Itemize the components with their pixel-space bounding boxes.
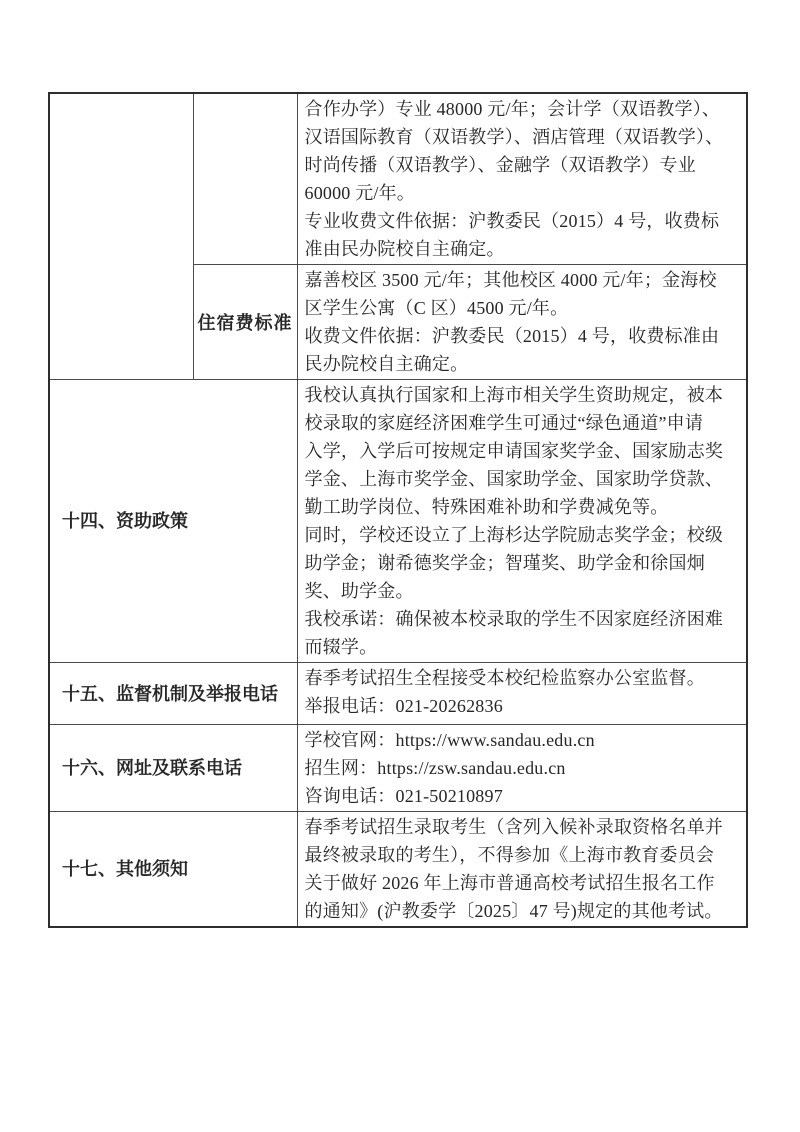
text-line: 春季考试招生全程接受本校纪检监察办公室监督。 [305,664,742,692]
text-line: 60000 元/年。 [305,179,742,207]
empty-label-cell [193,93,297,265]
text-line: 助学金；谢希德奖学金；智瑾奖、助学金和徐国炯 [305,549,742,577]
text-line: 举报电话：021-20262836 [305,692,742,720]
text-line: 勤工助学岗位、特殊困难补助和学费减免等。 [305,493,742,521]
text-line: 民办院校自主确定。 [305,350,742,378]
text-line: 咨询电话：021-50210897 [305,782,742,810]
row-website-contact-phone: 十六、网址及联系电话 学校官网：https://www.sandau.edu.c… [49,725,747,812]
empty-spanning-cell [49,93,193,380]
row-other-notes: 十七、其他须知 春季考试招生录取考生（含列入候补录取资格名单并最终被录取的考生）… [49,812,747,928]
text-line: 入学，入学后可按规定申请国家奖学金、国家励志奖 [305,437,742,465]
text-line: 嘉善校区 3500 元/年；其他校区 4000 元/年；金海校 [305,266,742,294]
row-content-accommodation: 嘉善校区 3500 元/年；其他校区 4000 元/年；金海校区学生公寓（C 区… [297,265,747,380]
row-label-other-notes: 十七、其他须知 [49,812,297,928]
text-line: 关于做好 2026 年上海市普通高校考试招生报名工作 [305,869,742,897]
row-label-funding-policy: 十四、资助政策 [49,380,297,663]
row-label-supervision: 十五、监督机制及举报电话 [49,663,297,725]
document-page: 合作办学）专业 48000 元/年；会计学（双语教学）、汉语国际教育（双语教学）… [0,0,800,1132]
text-line: 我校承诺：确保被本校录取的学生不因家庭经济困难 [305,605,742,633]
text-line: 校录取的家庭经济困难学生可通过“绿色通道”申请 [305,409,742,437]
text-line: 的通知》(沪教委学〔2025〕47 号)规定的其他考试。 [305,897,742,925]
row-supervision-report-phone: 十五、监督机制及举报电话 春季考试招生全程接受本校纪检监察办公室监督。举报电话：… [49,663,747,725]
text-line: 专业收费文件依据：沪教委民（2015）4 号，收费标 [305,207,742,235]
row-label-accommodation: 住宿费标准 [193,265,297,380]
row-content-supervision: 春季考试招生全程接受本校纪检监察办公室监督。举报电话：021-20262836 [297,663,747,725]
text-line: 汉语国际教育（双语教学）、酒店管理（双语教学）、 [305,123,742,151]
row-content-funding-policy: 我校认真执行国家和上海市相关学生资助规定，被本校录取的家庭经济困难学生可通过“绿… [297,380,747,663]
text-line: 学金、上海市奖学金、国家助学金、国家助学贷款、 [305,465,742,493]
row-label-website-contact: 十六、网址及联系电话 [49,725,297,812]
text-line: 收费文件依据：沪教委民（2015）4 号，收费标准由 [305,322,742,350]
text-line: 春季考试招生录取考生（含列入候补录取资格名单并 [305,813,742,841]
text-line: 最终被录取的考生），不得参加《上海市教育委员会 [305,841,742,869]
admissions-info-table: 合作办学）专业 48000 元/年；会计学（双语教学）、汉语国际教育（双语教学）… [48,92,748,928]
text-line: 准由民办院校自主确定。 [305,235,742,263]
text-line: 区学生公寓（C 区）4500 元/年。 [305,294,742,322]
text-line: 我校认真执行国家和上海市相关学生资助规定，被本 [305,381,742,409]
row-funding-policy: 十四、资助政策 我校认真执行国家和上海市相关学生资助规定，被本校录取的家庭经济困… [49,380,747,663]
text-line: 合作办学）专业 48000 元/年；会计学（双语教学）、 [305,95,742,123]
row-content-tuition: 合作办学）专业 48000 元/年；会计学（双语教学）、汉语国际教育（双语教学）… [297,93,747,265]
row-content-website-contact: 学校官网：https://www.sandau.edu.cn招生网：https:… [297,725,747,812]
row-tuition-fee-continued: 合作办学）专业 48000 元/年；会计学（双语教学）、汉语国际教育（双语教学）… [49,93,747,265]
text-line: 时尚传播（双语教学）、金融学（双语教学）专业 [305,151,742,179]
text-line: 而辍学。 [305,633,742,661]
text-line: 招生网：https://zsw.sandau.edu.cn [305,754,742,782]
text-line: 学校官网：https://www.sandau.edu.cn [305,726,742,754]
text-line: 奖、助学金。 [305,577,742,605]
text-line: 同时，学校还设立了上海杉达学院励志奖学金；校级 [305,521,742,549]
row-content-other-notes: 春季考试招生录取考生（含列入候补录取资格名单并最终被录取的考生），不得参加《上海… [297,812,747,928]
